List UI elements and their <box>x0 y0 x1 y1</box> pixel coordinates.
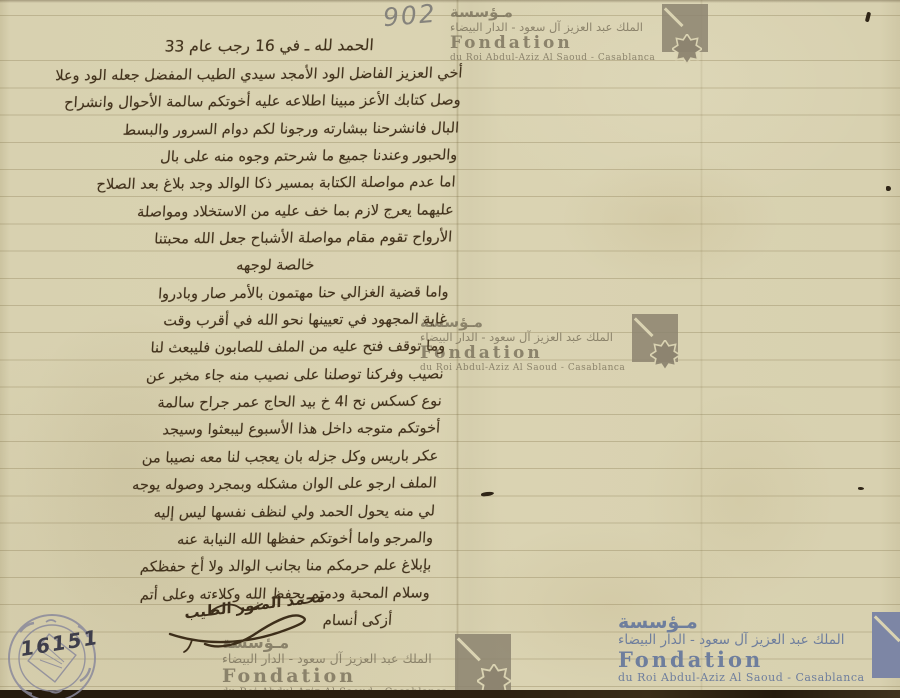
fold-crease <box>700 0 703 698</box>
foundation-logo-icon <box>872 612 900 678</box>
watermark-top-right: مـؤسسة الملك عبد العزيز آل سعود - الدار … <box>450 4 708 63</box>
watermark-name-french: Fondation <box>618 648 865 672</box>
watermark-org-french: du Roi Abdul-Aziz Al Saoud - Casablanca <box>450 53 655 63</box>
logo-slash <box>664 7 684 27</box>
manuscript-line: الأرواح تقوم مقام مواصلة الأشباح جعل الل… <box>0 224 463 255</box>
manuscript-line: غاية المجهود في تعيينها نحو الله في أقرب… <box>0 306 458 337</box>
logo-slash <box>634 317 654 337</box>
scan-edge-top <box>0 0 900 3</box>
ink-blot <box>865 12 871 23</box>
paper-stain <box>470 520 750 690</box>
watermark-org-arabic: الملك عبد العزيز آل سعود - الدار البيضاء <box>618 633 865 648</box>
manuscript: الحمد لله ـ في 16 رجب عام 33أخي العزيز ا… <box>0 31 475 637</box>
watermark-bottom-right: مـؤسسة الملك عبد العزيز آل سعود - الدار … <box>618 612 900 684</box>
ink-blot <box>886 186 891 191</box>
watermark-text: مـؤسسة الملك عبد العزيز آل سعود - الدار … <box>450 4 655 63</box>
watermark-middle: مـؤسسة الملك عبد العزيز آل سعود - الدار … <box>420 314 678 373</box>
logo-square <box>455 634 511 690</box>
manuscript-line: وما توقف فتح عليه من الملف للصابون فليبع… <box>0 334 456 365</box>
signature: محمد المنور الطيب <box>150 594 340 656</box>
logo-square <box>872 612 900 678</box>
signature-flourish <box>150 594 340 656</box>
manuscript-line: اما عدم مواصلة الكتابة بمسير ذكا الوالد … <box>0 170 466 201</box>
manuscript-line: البال فانشرحنا ببشارته ورجونا لكم دوام ا… <box>0 115 470 146</box>
eight-point-star-icon <box>672 34 702 64</box>
ink-blot <box>481 491 494 497</box>
watermark-name-arabic: مـؤسسة <box>618 612 865 633</box>
manuscript-line: أخوتكم متوجه داخل هذا الأسبوع ليبعثوا وس… <box>0 416 451 447</box>
watermark-name-french: Fondation <box>222 666 448 687</box>
watermark-text: مـؤسسة الملك عبد العزيز آل سعود - الدار … <box>618 612 865 684</box>
watermark-name-french: Fondation <box>450 34 655 53</box>
scanned-letter-page: مـؤسسة الملك عبد العزيز آل سعود - الدار … <box>0 0 900 698</box>
ink-blot <box>858 487 864 490</box>
manuscript-line: عكر باريس وكل جزله بان يعجب لنا معه نصيب… <box>0 443 449 474</box>
watermark-name-arabic: مـؤسسة <box>450 4 655 21</box>
foundation-logo-icon <box>662 4 708 52</box>
manuscript-line: عليهما يعرج لازم بما خف عليه من الاستخلا… <box>0 197 465 228</box>
manuscript-line: لي منه يحول الحمد ولي لنظف نفسها ليس إلي… <box>0 498 446 529</box>
manuscript-line: نوع كسكس نح ا4 خ بيد الحاج عمر جراح سالم… <box>0 388 453 419</box>
paper-stain <box>560 150 780 290</box>
manuscript-line: الملف ارجو على الوان مشكله وبمجرد وصوله … <box>0 471 447 502</box>
manuscript-line: الحمد لله ـ في 16 رجب عام 33 <box>3 31 475 63</box>
manuscript-line: وصل كتابك الأعز مبينا اطلاعه عليه أخوتكم… <box>0 88 472 119</box>
scan-edge-bottom <box>0 690 900 698</box>
logo-slash <box>457 637 481 661</box>
manuscript-line: نصيب وفركنا توصلنا على نصيب منه جاء مخبر… <box>0 361 454 392</box>
watermark-org-french: du Roi Abdul-Aziz Al Saoud - Casablanca <box>618 672 865 684</box>
foundation-logo-icon <box>632 314 678 362</box>
eight-point-star-icon <box>650 340 680 370</box>
foundation-logo-icon <box>455 634 511 690</box>
logo-slash <box>874 615 900 642</box>
watermark-org-arabic: الملك عبد العزيز آل سعود - الدار البيضاء <box>450 21 655 34</box>
manuscript-line: واما قضية الغزالي حنا مهتمون بالأمر صار … <box>0 279 459 310</box>
manuscript-line: بإبلاغ علم حرمكم منا بجانب الوالد ولا أخ… <box>0 553 442 584</box>
logo-square <box>632 314 678 362</box>
manuscript-line: خالصة لوجهه <box>0 252 461 283</box>
manuscript-line: أخي العزيز الفاضل الود الأمجد سيدي الطيب… <box>1 60 473 91</box>
logo-square <box>662 4 708 52</box>
manuscript-line: والمرجو واما أخوتكم حفظها الله النيابة ع… <box>0 525 444 556</box>
paper-stain <box>640 390 840 610</box>
manuscript-line: والحبور وعندنا جميع ما شرحتم وجوه منه عل… <box>0 142 468 173</box>
archive-number: 902 <box>382 0 438 32</box>
